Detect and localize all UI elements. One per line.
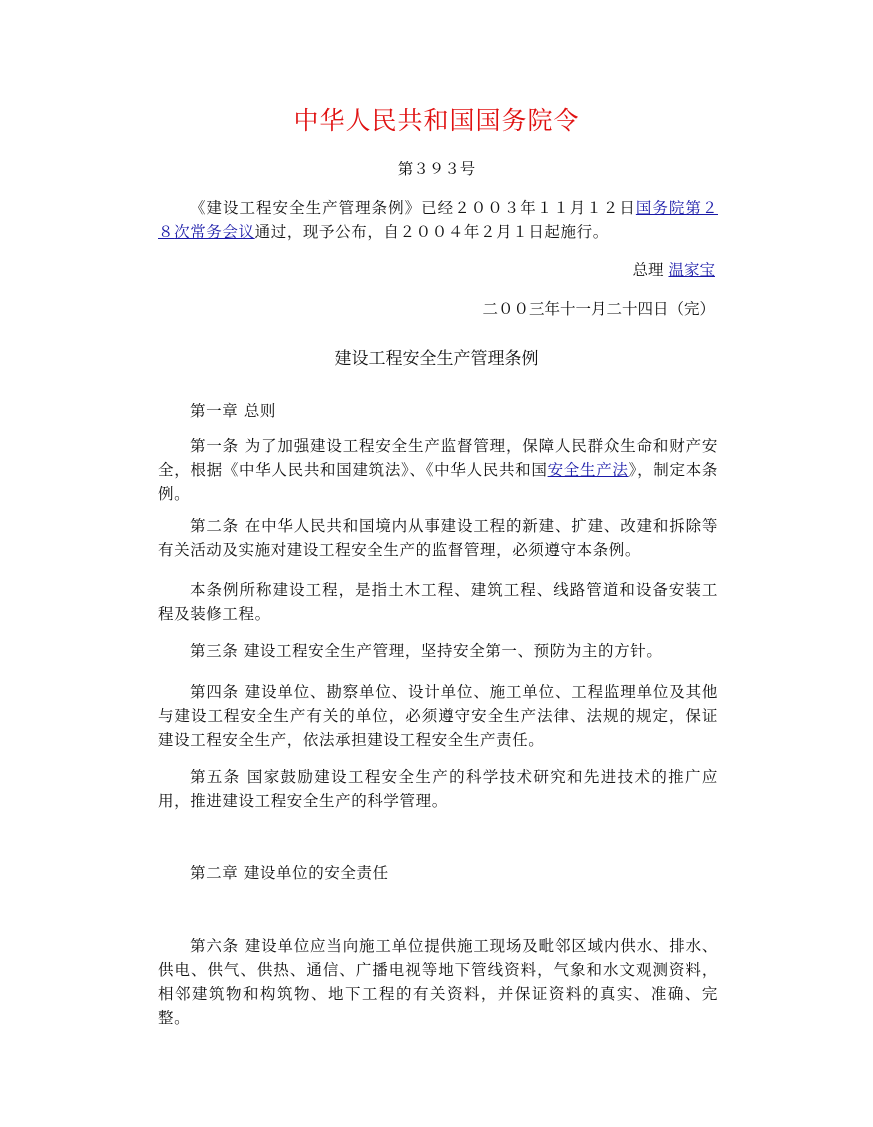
chapter-1-heading: 第一章 总则 (158, 399, 718, 423)
article-5: 第五条 国家鼓励建设工程安全生产的科学技术研究和先进技术的推广应用，推进建设工程… (158, 765, 718, 813)
article-2: 第二条 在中华人民共和国境内从事建设工程的新建、扩建、改建和拆除等有关活动及实施… (158, 514, 718, 562)
regulation-title: 建设工程安全生产管理条例 (0, 348, 873, 370)
promulgation-text-1: 《建设工程安全生产管理条例》已经２００３年１１月１２日 (190, 199, 636, 217)
signature: 总理 温家宝 (633, 259, 715, 281)
order-number: 第３９３号 (0, 158, 873, 180)
premier-name-link[interactable]: 温家宝 (668, 261, 715, 279)
promulgation-text-2: 通过，现予公布，自２００４年２月１日起施行。 (255, 223, 609, 241)
decree-date: 二００三年十一月二十四日（完） (482, 298, 715, 320)
article-2-note: 本条例所称建设工程，是指土木工程、建筑工程、线路管道和设备安装工程及装修工程。 (158, 578, 718, 626)
work-safety-law-link[interactable]: 安全生产法 (548, 461, 629, 479)
promulgation-paragraph: 《建设工程安全生产管理条例》已经２００３年１１月１２日国务院第２８次常务会议通过… (158, 196, 718, 244)
signature-role: 总理 (633, 261, 664, 279)
document-page: 中华人民共和国国务院令 第３９３号 《建设工程安全生产管理条例》已经２００３年１… (0, 0, 873, 1127)
article-3: 第三条 建设工程安全生产管理，坚持安全第一、预防为主的方针。 (158, 639, 718, 663)
chapter-2-heading: 第二章 建设单位的安全责任 (158, 861, 718, 885)
article-1: 第一条 为了加强建设工程安全生产监督管理，保障人民群众生命和财产安全，根据《中华… (158, 434, 718, 506)
article-6: 第六条 建设单位应当向施工单位提供施工现场及毗邻区域内供水、排水、供电、供气、供… (158, 934, 718, 1030)
decree-title: 中华人民共和国国务院令 (0, 101, 873, 137)
article-4: 第四条 建设单位、勘察单位、设计单位、施工单位、工程监理单位及其他与建设工程安全… (158, 680, 718, 752)
